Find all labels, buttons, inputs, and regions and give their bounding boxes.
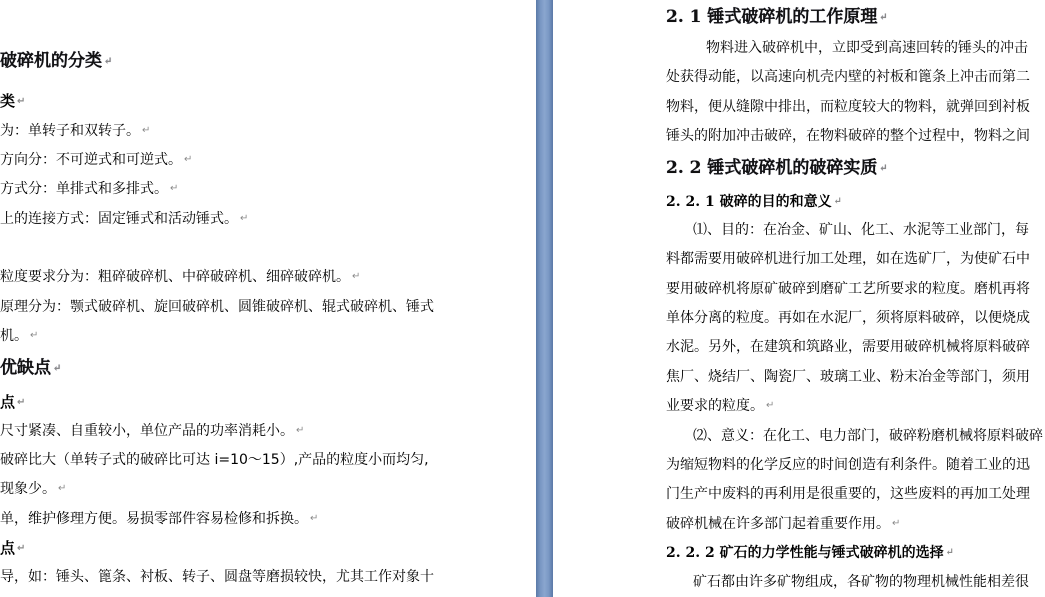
heading-2-2-2: 2. 2. 2 矿石的力学性能与锤式破碎机的选择↵	[666, 544, 954, 562]
paragraph-mark-icon: ↵	[30, 330, 38, 341]
text-line: 物料进入破碎机中，立即受到高速回转的锤头的冲击	[706, 39, 1028, 57]
line-text: 物料，便从缝隙中排出，而粒度较大的物料，就弹回到衬板	[666, 99, 1030, 115]
text-line: 矿石都由许多矿物组成，各矿物的物理机械性能相差很	[693, 573, 1029, 591]
paragraph-mark-icon: ↵	[170, 183, 178, 194]
text-line: 焦厂、烧结厂、陶瓷厂、玻璃工业、粉末冶金等部门，须用	[666, 368, 1030, 386]
subheading-advantages: 点↵	[0, 392, 25, 413]
heading-text: 2. 2 锤式破碎机的破碎实质	[666, 158, 877, 178]
line-text: 单，维护修理方便。易损零部件容易检修和拆换。	[0, 511, 308, 527]
text-line: 处获得动能，以高速向机壳内壁的衬板和篦条上冲击而第二	[666, 68, 1030, 86]
heading-text: 优缺点	[0, 358, 51, 378]
text-line: ⑵、意义：在化工、电力部门，破碎粉磨机械将原料破碎	[693, 427, 1043, 445]
text-line: ⑴、目的：在冶金、矿山、化工、水泥等工业部门，每	[693, 221, 1029, 239]
line-text: 业要求的粒度。	[666, 398, 764, 414]
line-text: 方向分：不可逆式和可逆式。	[0, 152, 182, 168]
text-line: 尺寸紧凑、自重较小，单位产品的功率消耗小。↵	[0, 422, 304, 440]
line-text: 机。	[0, 328, 28, 344]
line-text: 尺寸紧凑、自重较小，单位产品的功率消耗小。	[0, 423, 294, 439]
paragraph-mark-icon: ↵	[58, 483, 66, 494]
document-viewport[interactable]: 破碎机的分类↵ 类↵ 为：单转子和双转子。↵ 方向分：不可逆式和可逆式。↵ 方式…	[0, 0, 1045, 597]
paragraph-mark-icon: ↵	[240, 213, 248, 224]
subheading-text: 点	[0, 539, 15, 557]
paragraph-mark-icon: ↵	[104, 56, 112, 67]
text-line: 机。↵	[0, 327, 38, 345]
text-line: 原理分为：颚式破碎机、旋回破碎机、圆锥破碎机、辊式破碎机、锤式	[0, 298, 436, 316]
left-page[interactable]: 破碎机的分类↵ 类↵ 为：单转子和双转子。↵ 方向分：不可逆式和可逆式。↵ 方式…	[0, 0, 536, 597]
line-text: 单体分离的粒度。再如在水泥厂，须将原料破碎，以便烧成	[666, 310, 1030, 326]
line-text: 物料进入破碎机中，立即受到高速回转的锤头的冲击	[706, 40, 1028, 56]
right-page[interactable]: 2. 1 锤式破碎机的工作原理↵ 物料进入破碎机中，立即受到高速回转的锤头的冲击…	[553, 0, 1045, 597]
text-line: 料都需要用破碎机进行加工处理，如在选矿厂，为使矿石中	[666, 250, 1030, 268]
text-line: 破碎比大（单转子式的破碎比可达 i=10～15）,产品的粒度小而均匀,	[0, 451, 431, 469]
line-text: 破碎比大（单转子式的破碎比可达 i=10～15）,产品的粒度小而均匀,	[0, 452, 429, 468]
line-text: 料都需要用破碎机进行加工处理，如在选矿厂，为使矿石中	[666, 251, 1030, 267]
paragraph-mark-icon: ↵	[142, 125, 150, 136]
line-text: 要用破碎机将原矿破碎到磨矿工艺所要求的粒度。磨机再将	[666, 281, 1030, 297]
line-text: ⑵、意义：在化工、电力部门，破碎粉磨机械将原料破碎	[693, 428, 1043, 444]
line-text: 焦厂、烧结厂、陶瓷厂、玻璃工业、粉末冶金等部门，须用	[666, 369, 1030, 385]
text-line: 锤头的附加冲击破碎，在物料破碎的整个过程中，物料之间	[666, 127, 1030, 145]
heading-2-2-1: 2. 2. 1 破碎的目的和意义↵	[666, 193, 842, 211]
paragraph-mark-icon: ↵	[296, 425, 304, 436]
text-line: 方向分：不可逆式和可逆式。↵	[0, 151, 192, 169]
line-text: 粒度要求分为：粗碎破碎机、中碎破碎机、细碎破碎机。	[0, 269, 350, 285]
paragraph-mark-icon: ↵	[53, 363, 61, 374]
text-line: 水泥。另外，在建筑和筑路业，需要用破碎机械将原料破碎	[666, 338, 1030, 356]
subheading-type: 类↵	[0, 91, 25, 112]
line-text: 水泥。另外，在建筑和筑路业，需要用破碎机械将原料破碎	[666, 339, 1030, 355]
paragraph-mark-icon: ↵	[17, 397, 25, 408]
text-line: 单体分离的粒度。再如在水泥厂，须将原料破碎，以便烧成	[666, 309, 1030, 327]
line-text: 锤头的附加冲击破碎，在物料破碎的整个过程中，物料之间	[666, 128, 1030, 144]
text-line: 业要求的粒度。↵	[666, 397, 774, 415]
heading-text: 破碎机的分类	[0, 51, 102, 71]
line-text: 方式分：单排式和多排式。	[0, 181, 168, 197]
subheading-text: 点	[0, 393, 15, 411]
text-line: 物料，便从缝隙中排出，而粒度较大的物料，就弹回到衬板	[666, 98, 1030, 116]
text-line: 方式分：单排式和多排式。↵	[0, 180, 178, 198]
text-line: 单，维护修理方便。易损零部件容易检修和拆换。↵	[0, 510, 318, 528]
paragraph-mark-icon: ↵	[17, 96, 25, 107]
heading-text: 2. 2. 1 破碎的目的和意义	[666, 194, 832, 210]
line-text: 矿石都由许多矿物组成，各矿物的物理机械性能相差很	[693, 574, 1029, 590]
subheading-text: 类	[0, 92, 15, 110]
paragraph-mark-icon: ↵	[892, 518, 900, 529]
paragraph-mark-icon: ↵	[834, 196, 842, 207]
heading-2-1: 2. 1 锤式破碎机的工作原理↵	[666, 6, 888, 29]
text-line: 上的连接方式：固定锤式和活动锤式。↵	[0, 210, 248, 228]
line-text: ⑴、目的：在冶金、矿山、化工、水泥等工业部门，每	[693, 222, 1029, 238]
paragraph-mark-icon: ↵	[879, 12, 887, 23]
line-text: 上的连接方式：固定锤式和活动锤式。	[0, 211, 238, 227]
line-text: 原理分为：颚式破碎机、旋回破碎机、圆锥破碎机、辊式破碎机、锤式	[0, 299, 434, 315]
line-text: 导，如：锤头、篦条、衬板、转子、圆盘等磨损较快，尤其工作对象十	[0, 569, 434, 585]
subheading-disadvantages: 点↵	[0, 538, 25, 559]
paragraph-mark-icon: ↵	[352, 271, 360, 282]
paragraph-mark-icon: ↵	[766, 400, 774, 411]
heading-classification: 破碎机的分类↵	[0, 50, 112, 73]
heading-pros-cons: 优缺点↵	[0, 357, 61, 380]
text-line: 为：单转子和双转子。↵	[0, 122, 150, 140]
line-text: 为缩短物料的化学反应的时间创造有利条件。随着工业的迅	[666, 457, 1030, 473]
heading-text: 2. 2. 2 矿石的力学性能与锤式破碎机的选择	[666, 545, 944, 561]
paragraph-mark-icon: ↵	[310, 513, 318, 524]
text-line: 破碎机械在许多部门起着重要作用。↵	[666, 515, 900, 533]
line-text: 破碎机械在许多部门起着重要作用。	[666, 516, 890, 532]
line-text: 处获得动能，以高速向机壳内壁的衬板和篦条上冲击而第二	[666, 69, 1030, 85]
heading-text: 2. 1 锤式破碎机的工作原理	[666, 7, 877, 27]
line-text: 为：单转子和双转子。	[0, 123, 140, 139]
heading-2-2: 2. 2 锤式破碎机的破碎实质↵	[666, 157, 888, 180]
text-line: 导，如：锤头、篦条、衬板、转子、圆盘等磨损较快，尤其工作对象十	[0, 568, 436, 586]
text-line: 现象少。↵	[0, 480, 66, 498]
text-line: 门生产中废料的再利用是很重要的，这些废料的再加工处理	[666, 485, 1030, 503]
paragraph-mark-icon: ↵	[879, 163, 887, 174]
paragraph-mark-icon: ↵	[946, 547, 954, 558]
page-gutter	[536, 0, 553, 597]
line-text: 现象少。	[0, 481, 56, 497]
text-line: 为缩短物料的化学反应的时间创造有利条件。随着工业的迅	[666, 456, 1030, 474]
line-text: 门生产中废料的再利用是很重要的，这些废料的再加工处理	[666, 486, 1030, 502]
text-line: 粒度要求分为：粗碎破碎机、中碎破碎机、细碎破碎机。↵	[0, 268, 360, 286]
paragraph-mark-icon: ↵	[184, 154, 192, 165]
text-line: 要用破碎机将原矿破碎到磨矿工艺所要求的粒度。磨机再将	[666, 280, 1030, 298]
paragraph-mark-icon: ↵	[17, 543, 25, 554]
